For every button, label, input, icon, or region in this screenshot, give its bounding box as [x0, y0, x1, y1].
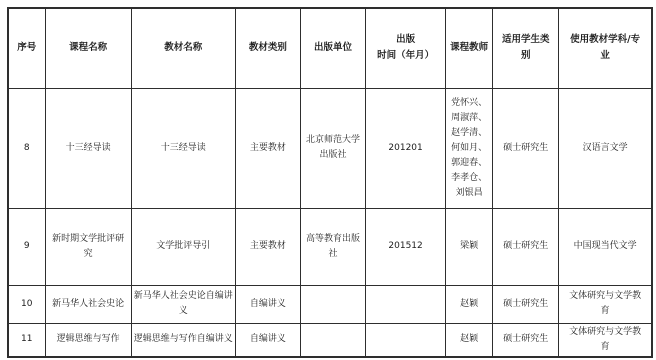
- cell-textbook-category: 主要教材: [235, 88, 300, 208]
- cell-publication-date: 201201: [366, 88, 446, 208]
- cell-publication-date: 201512: [366, 208, 446, 285]
- cell-subject-major: 文体研究与文学教 育: [559, 285, 652, 323]
- cell-course-name: 新马华人社会史论: [45, 285, 131, 323]
- cell-serial-number: 10: [8, 285, 45, 323]
- cell-student-type: 硕士研究生: [493, 208, 559, 285]
- table-row: 10 新马华人社会史论 新马华人社会史论自编讲 义 自编讲义 赵颖 硕士研究生 …: [8, 285, 652, 323]
- cell-publisher: 北京师范大学 出版社: [300, 88, 365, 208]
- cell-serial-number: 8: [8, 88, 45, 208]
- cell-textbook-category: 主要教材: [235, 208, 300, 285]
- cell-student-type: 硕士研究生: [493, 285, 559, 323]
- cell-textbook-name: 逻辑思维与写作自编讲义: [131, 323, 235, 357]
- cell-student-type: 硕士研究生: [493, 323, 559, 357]
- cell-course-teacher: 党怀兴、 周淑萍、 赵学清、 何如月、 郭迎春、 李孝仓、 刘银昌: [446, 88, 493, 208]
- cell-serial-number: 9: [8, 208, 45, 285]
- cell-textbook-category: 自编讲义: [235, 323, 300, 357]
- cell-textbook-category: 自编讲义: [235, 285, 300, 323]
- cell-student-type: 硕士研究生: [493, 88, 559, 208]
- header-serial-number: 序号: [8, 8, 45, 88]
- cell-publisher: [300, 323, 365, 357]
- cell-course-teacher: 赵颖: [446, 285, 493, 323]
- cell-subject-major: 中国现当代文学: [559, 208, 652, 285]
- document-page: 序号 课程名称 教材名称 教材类别 出版单位 出版 时间（年月） 课程教师 适用…: [0, 0, 656, 360]
- header-subject-major: 使用教材学科/专 业: [559, 8, 652, 88]
- cell-publication-date: [366, 285, 446, 323]
- header-publisher: 出版单位: [300, 8, 365, 88]
- cell-serial-number: 11: [8, 323, 45, 357]
- table-row: 11 逻辑思维与写作 逻辑思维与写作自编讲义 自编讲义 赵颖 硕士研究生 文体研…: [8, 323, 652, 357]
- table-row: 8 十三经导读 十三经导读 主要教材 北京师范大学 出版社 201201 党怀兴…: [8, 88, 652, 208]
- header-course-name: 课程名称: [45, 8, 131, 88]
- cell-textbook-name: 十三经导读: [131, 88, 235, 208]
- cell-subject-major: 汉语言文学: [559, 88, 652, 208]
- cell-course-teacher: 梁颖: [446, 208, 493, 285]
- cell-course-teacher: 赵颖: [446, 323, 493, 357]
- cell-publication-date: [366, 323, 446, 357]
- table-header-row: 序号 课程名称 教材名称 教材类别 出版单位 出版 时间（年月） 课程教师 适用…: [8, 8, 652, 88]
- cell-publisher: [300, 285, 365, 323]
- header-textbook-name: 教材名称: [131, 8, 235, 88]
- cell-textbook-name: 新马华人社会史论自编讲 义: [131, 285, 235, 323]
- header-course-teacher: 课程教师: [446, 8, 493, 88]
- cell-textbook-name: 文学批评导引: [131, 208, 235, 285]
- cell-publisher: 高等教育出版 社: [300, 208, 365, 285]
- cell-course-name: 逻辑思维与写作: [45, 323, 131, 357]
- header-textbook-category: 教材类别: [235, 8, 300, 88]
- cell-course-name: 新时期文学批评研 究: [45, 208, 131, 285]
- cell-course-name: 十三经导读: [45, 88, 131, 208]
- textbook-table: 序号 课程名称 教材名称 教材类别 出版单位 出版 时间（年月） 课程教师 适用…: [7, 7, 653, 358]
- cell-subject-major: 文体研究与文学教 育: [559, 323, 652, 357]
- header-student-type: 适用学生类 别: [493, 8, 559, 88]
- header-publication-date: 出版 时间（年月）: [366, 8, 446, 88]
- table-row: 9 新时期文学批评研 究 文学批评导引 主要教材 高等教育出版 社 201512…: [8, 208, 652, 285]
